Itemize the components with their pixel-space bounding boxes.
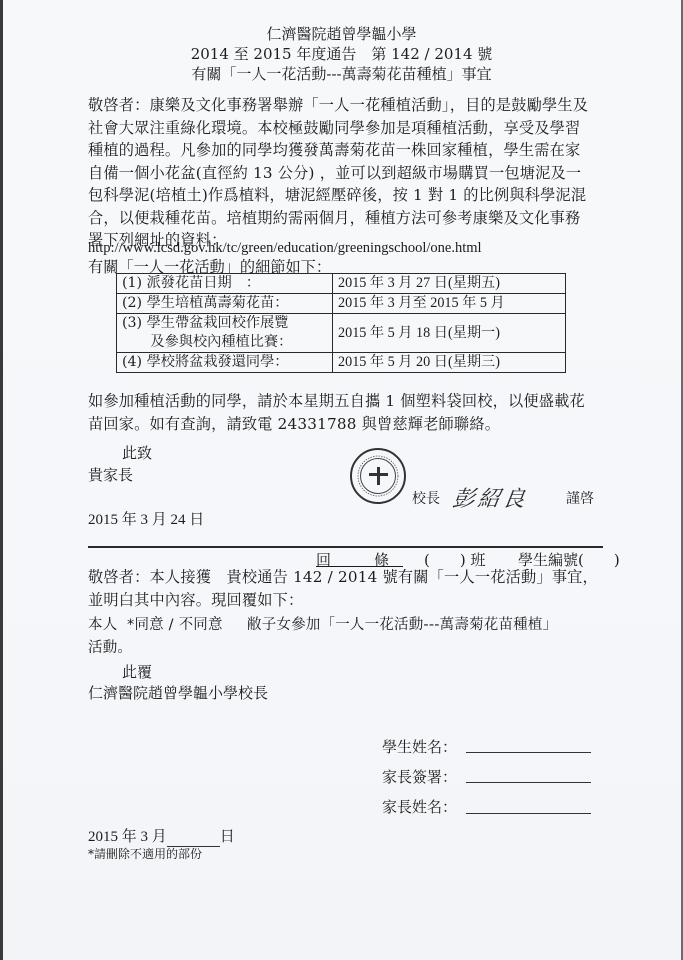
reply-date-suffix: 日 <box>220 829 235 845</box>
seal-inner-ring-icon <box>360 458 396 494</box>
table-cell-item: (2) 學生培植萬壽菊花苗： <box>117 294 333 314</box>
consent-option-line[interactable]: 本人 *同意 / 不同意 敝子女參加「一人一花活動---萬壽菊花苗種植」 <box>88 614 608 637</box>
reply-slip-divider <box>88 546 603 548</box>
table-cell-item: (4) 學校將盆栽發還同學： <box>117 353 333 373</box>
recipient: 貴家長 <box>88 464 133 485</box>
school-name: 仁濟醫院趙曾學韞小學 <box>0 24 683 44</box>
respectfully-text: 謹啓 <box>566 488 594 508</box>
salutation: 此致 <box>122 442 152 463</box>
notice-page: 仁濟醫院趙曾學韞小學 2014 至 2015 年度通告 第 142 / 2014… <box>0 0 683 960</box>
table-cell-date: 2015 年 3 月 27 日(星期五) <box>333 274 566 294</box>
ack-line: 並明白其中內容。現回覆如下： <box>88 589 608 612</box>
table-cell-item: (1) 派發花苗日期 ： <box>117 274 333 294</box>
parent-name-label: 家長姓名： <box>382 796 457 817</box>
consent-paragraph: 本人 *同意 / 不同意 敝子女參加「一人一花活動---萬壽菊花苗種植」 活動。 <box>88 614 608 659</box>
consent-line: 活動。 <box>88 637 608 660</box>
parent-signature-label: 家長簽署： <box>382 766 457 787</box>
table-cell-date: 2015 年 5 月 20 日(星期三) <box>333 353 566 373</box>
body-line: 包科學泥(培植土)作爲植料，塘泥經壓碎後，按 1 對 1 的比例與科學泥混 <box>88 184 608 207</box>
followup-paragraph: 如參加種植活動的同學，請於本星期五自攜 1 個塑料袋回校，以便盛載花 苗回家。如… <box>88 390 608 435</box>
scan-edge-left <box>0 0 3 960</box>
school-seal-icon <box>350 448 406 504</box>
reply-date: 2015 年 3 月 日 <box>88 825 235 847</box>
reply-date-prefix: 2015 年 3 月 <box>88 829 167 845</box>
notice-date: 2015 年 3 月 24 日 <box>88 508 204 529</box>
body-line: 社會大眾注重綠化環境。本校極鼓勵同學參加是項種植活動，享受及學習 <box>88 117 608 140</box>
student-name-label: 學生姓名： <box>382 736 457 757</box>
table-cell-item-line: 及參與校內種植比賽： <box>122 333 327 352</box>
footnote: *請刪除不適用的部份 <box>88 845 202 862</box>
reply-recipient: 仁濟醫院趙曾學韞小學校長 <box>88 682 268 703</box>
reply-salutation: 此覆 <box>122 661 152 682</box>
table-cell-date: 2015 年 3 月至 2015 年 5 月 <box>333 294 566 314</box>
body-line: 自備一個小花盆(直徑約 13 公分) ，並可以到超級市場購買一包塘泥及一 <box>88 162 608 185</box>
cross-bar-icon <box>369 473 388 476</box>
lcsd-url-link[interactable]: http://www.lcsd.gov.hk/tc/green/educatio… <box>88 240 482 257</box>
followup-line: 苗回家。如有查詢，請致電 24331788 與曾慈輝老師聯絡。 <box>88 413 608 436</box>
table-row: (1) 派發花苗日期 ： 2015 年 3 月 27 日(星期五) <box>117 274 566 294</box>
notice-number: 2014 至 2015 年度通告 第 142 / 2014 號 <box>0 44 683 64</box>
body-line: 敬啓者：康樂及文化事務署舉辦「一人一花種植活動」，目的是鼓勵學生及 <box>88 94 608 117</box>
acknowledgement-paragraph: 敬啓者：本人接獲 貴校通告 142 / 2014 號有關「一人一花活動」事宜， … <box>88 566 608 611</box>
table-cell-date: 2015 年 5 月 18 日(星期一) <box>333 314 566 353</box>
cross-icon <box>377 467 380 485</box>
table-row: (3) 學生帶盆栽回校作展覽 及參與校內種植比賽： 2015 年 5 月 18 … <box>117 314 566 353</box>
notice-subject: 有關「一人一花活動---萬壽菊花苗種植」事宜 <box>0 64 683 84</box>
followup-line: 如參加種植活動的同學，請於本星期五自攜 1 個塑料袋回校，以便盛載花 <box>88 390 608 413</box>
parent-signature-input[interactable] <box>466 782 591 783</box>
table-row: (2) 學生培植萬壽菊花苗： 2015 年 3 月至 2015 年 5 月 <box>117 294 566 314</box>
body-paragraph: 敬啓者：康樂及文化事務署舉辦「一人一花種植活動」，目的是鼓勵學生及 社會大眾注重… <box>88 94 608 252</box>
activity-details-table: (1) 派發花苗日期 ： 2015 年 3 月 27 日(星期五) (2) 學生… <box>116 273 566 373</box>
table-cell-item-line: (3) 學生帶盆栽回校作展覽 <box>122 314 327 333</box>
principal-signature: 彭紹良 <box>451 482 530 513</box>
table-cell-item: (3) 學生帶盆栽回校作展覽 及參與校內種植比賽： <box>117 314 333 353</box>
body-line: 合，以便栽種花苗。培植期約需兩個月，種植方法可參考康樂及文化事務 <box>88 207 608 230</box>
student-name-input[interactable] <box>466 752 591 753</box>
table-row: (4) 學校將盆栽發還同學： 2015 年 5 月 20 日(星期三) <box>117 353 566 373</box>
principal-label: 校長 <box>412 488 440 508</box>
body-line: 種植的過程。凡參加的同學均獲發萬壽菊花苗一株回家種植，學生需在家 <box>88 139 608 162</box>
ack-line: 敬啓者：本人接獲 貴校通告 142 / 2014 號有關「一人一花活動」事宜， <box>88 566 608 589</box>
parent-name-input[interactable] <box>466 813 591 814</box>
